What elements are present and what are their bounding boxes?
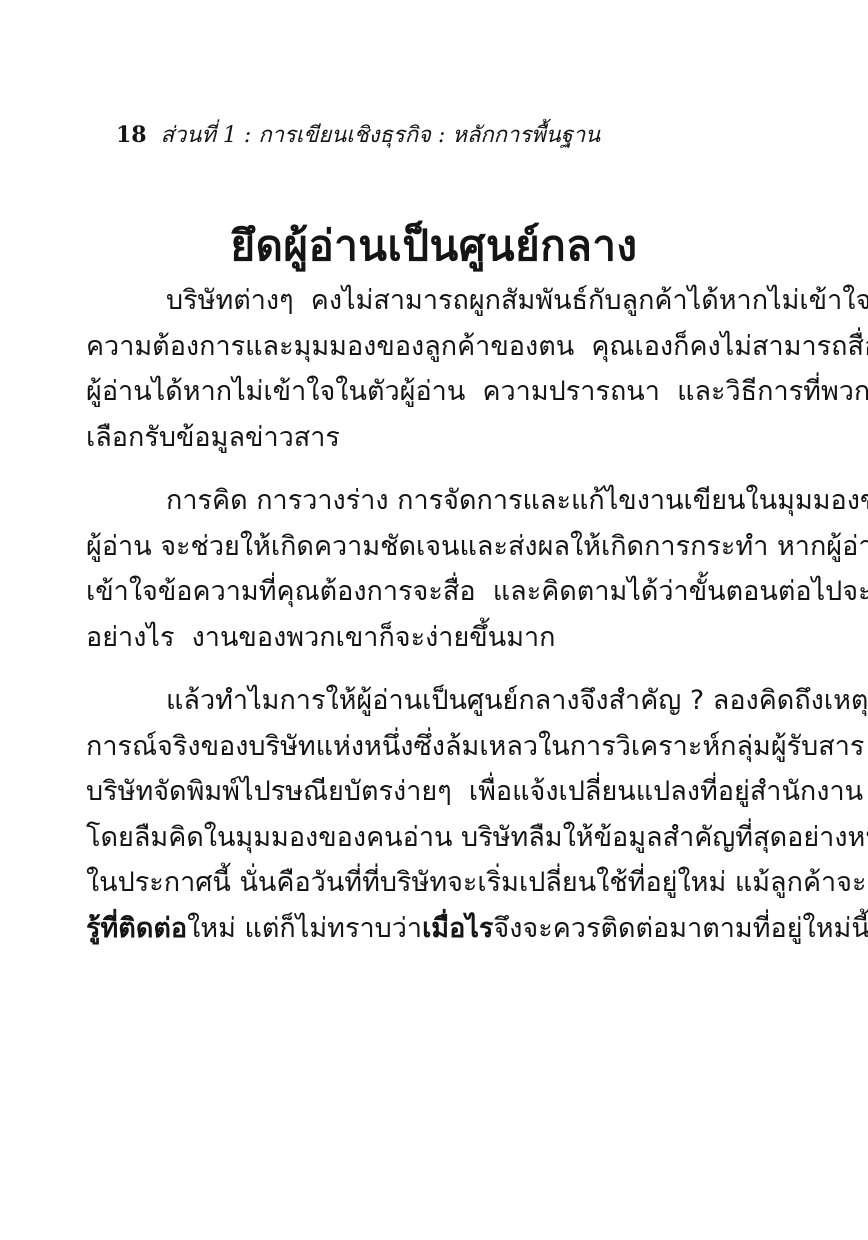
body-text-segment: ความต้องการและมุมมองของลูกค้าของตน คุณเอ… (86, 331, 868, 362)
body-text-segment: อย่างไร งานของพวกเขาก็จะง่ายขึ้นมาก (86, 622, 556, 653)
body-text-segment: บริษัทต่างๆ คงไม่สามารถผูกสัมพันธ์กับลูก… (166, 285, 868, 316)
paragraph: การคิด การวางร่าง การจัดการและแก้ไขงานเข… (86, 478, 786, 660)
text-line: รู้ที่ติดต่อใหม่ แต่ก็ไม่ทราบว่าเมื่อไรจ… (86, 906, 786, 952)
chapter-title: ยึดผู้อ่านเป็นศูนย์กลาง (0, 216, 868, 276)
body-text-segment: การณ์จริงของบริษัทแห่งหนึ่งซึ่งล้มเหลวใน… (86, 731, 868, 762)
text-line: ความต้องการและมุมมองของลูกค้าของตน คุณเอ… (86, 324, 786, 370)
body-text-segment: ผู้อ่านได้หากไม่เข้าใจในตัวผู้อ่าน ความป… (86, 376, 868, 407)
text-line: โดยลืมคิดในมุมมองของคนอ่าน บริษัทลืมให้ข… (86, 815, 786, 861)
body-text-segment: ในประกาศนี้ นั่นคือวันที่ที่บริษัทจะเริ่… (86, 867, 867, 898)
body-text-segment: ผู้อ่าน จะช่วยให้เกิดความชัดเจนและส่งผลใ… (86, 531, 868, 562)
page-header: 18ส่วนที่ 1 : การเขียนเชิงธุรกิจ : หลักก… (88, 90, 600, 181)
text-line: ในประกาศนี้ นั่นคือวันที่ที่บริษัทจะเริ่… (86, 860, 786, 906)
body-text-segment: ใหม่ แต่ก็ไม่ทราบว่า (187, 913, 422, 944)
text-line: เลือกรับข้อมูลข่าวสาร (86, 415, 786, 461)
body-text-segment: เลือกรับข้อมูลข่าวสาร (86, 422, 340, 453)
body-text-segment: แล้วทำไมการให้ผู้อ่านเป็นศูนย์กลางจึงสำค… (166, 685, 868, 716)
body-text-segment: การคิด การวางร่าง การจัดการและแก้ไขงานเข… (166, 485, 868, 516)
page-number: 18 (116, 122, 147, 148)
text-line: การณ์จริงของบริษัทแห่งหนึ่งซึ่งล้มเหลวใน… (86, 724, 786, 770)
emphasized-text: รู้ที่ติดต่อ (86, 913, 187, 944)
body-text-segment: จึงจะควรติดต่อมาตามที่อยู่ใหม่นี้ (493, 913, 868, 944)
book-page: 18ส่วนที่ 1 : การเขียนเชิงธุรกิจ : หลักก… (0, 0, 868, 1240)
emphasized-text: เมื่อไร (422, 913, 493, 944)
paragraph: แล้วทำไมการให้ผู้อ่านเป็นศูนย์กลางจึงสำค… (86, 678, 786, 951)
text-line: บริษัทต่างๆ คงไม่สามารถผูกสัมพันธ์กับลูก… (86, 278, 786, 324)
body-text-segment: บริษัทจัดพิมพ์ไปรษณียบัตรง่ายๆ เพื่อแจ้ง… (86, 776, 863, 807)
body-text-segment: เข้าใจข้อความที่คุณต้องการจะสื่อ และคิดต… (86, 576, 868, 607)
running-title: ส่วนที่ 1 : การเขียนเชิงธุรกิจ : หลักการ… (161, 123, 601, 148)
body-text-segment: โดยลืมคิดในมุมมองของคนอ่าน บริษัทลืมให้ข… (86, 822, 868, 853)
text-line: ผู้อ่าน จะช่วยให้เกิดความชัดเจนและส่งผลใ… (86, 524, 786, 570)
text-line: อย่างไร งานของพวกเขาก็จะง่ายขึ้นมาก (86, 615, 786, 661)
text-line: ผู้อ่านได้หากไม่เข้าใจในตัวผู้อ่าน ความป… (86, 369, 786, 415)
body-text: บริษัทต่างๆ คงไม่สามารถผูกสัมพันธ์กับลูก… (86, 278, 786, 978)
text-line: การคิด การวางร่าง การจัดการและแก้ไขงานเข… (86, 478, 786, 524)
paragraph: บริษัทต่างๆ คงไม่สามารถผูกสัมพันธ์กับลูก… (86, 278, 786, 460)
text-line: เข้าใจข้อความที่คุณต้องการจะสื่อ และคิดต… (86, 569, 786, 615)
text-line: แล้วทำไมการให้ผู้อ่านเป็นศูนย์กลางจึงสำค… (86, 678, 786, 724)
text-line: บริษัทจัดพิมพ์ไปรษณียบัตรง่ายๆ เพื่อแจ้ง… (86, 769, 786, 815)
